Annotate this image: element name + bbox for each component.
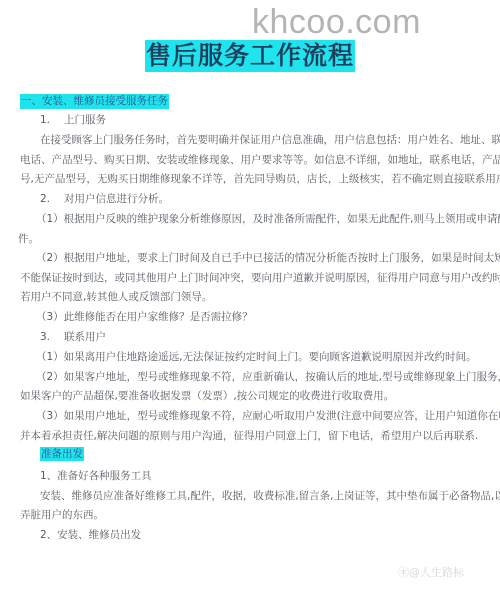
item-3-heading: 3.联系用户: [40, 330, 106, 344]
paragraph-line: （2）如果客户地址，型号或维修现象不符，应重新确认，按确认后的地址,型号或维修现…: [36, 370, 500, 384]
paragraph-line: 并本着承担责任,解决问题的原则与用户沟通，征得用户同意上门，留下电话，希望用户以…: [20, 429, 478, 443]
item-2-heading: 2.对用户信息进行分析。: [40, 192, 169, 206]
paragraph-line: 弄脏用户的东西。: [20, 508, 104, 522]
paragraph-line: （2）根据用户地址，要求上门时间及自已手中已接活的情况分析能否按时上门服务，如果…: [36, 251, 500, 265]
section-heading-1: 一、安装、维修员接受服务任务: [20, 94, 169, 109]
section-heading-2: 准备出发: [40, 447, 84, 461]
paragraph-line: （1）如果离用户住地路途遥远,无法保证按约定时间上门。要向顾客道歉说明原因并改约…: [36, 350, 477, 364]
paragraph-line: （3）此维修能否在用户家维修？是否需拉修？: [36, 310, 253, 324]
paragraph-line: 电话、产品型号、购买日期、安装或维修现象、用户要求等等。如信息不详细，如地址，联…: [20, 153, 500, 167]
paragraph-line: 安装、维修员应准备好维修工具,配件，收据，收费标准,留言条,上岗证等，其中垫布属…: [40, 489, 500, 503]
item-label: 上门服务: [64, 114, 106, 126]
paragraph-line: （3）如果用户地址，型号或维修现象不符，应耐心听取用户发泄(注意中间要应答，让用…: [36, 409, 500, 423]
item-heading: 2、安装、维修员出发: [40, 528, 141, 542]
watermark-top: khcoo.com: [252, 2, 421, 42]
item-heading: 1、准备好各种服务工具: [40, 469, 152, 483]
item-number: 3.: [40, 330, 64, 344]
item-label: 对用户信息进行分析。: [64, 193, 169, 205]
item-1-heading: 1.上门服务: [40, 113, 106, 127]
paragraph-line: 不能保证按时到达，或同其他用户上门时间冲突，要向用户道歉并说明原因，征得用户同意…: [20, 271, 500, 285]
item-label: 联系用户: [64, 331, 106, 343]
paragraph-line: 号,无产品型号，无购买日期维修现象不详等，首先同导购员，店长，上级核实，若不确定…: [20, 172, 500, 186]
section-heading-2-text: 准备出发: [40, 447, 84, 461]
paragraph-line: 若用户不同意,转其他人或反馈部门领导。: [20, 290, 212, 304]
watermark-bottom: ㊍@人生路标: [398, 566, 464, 580]
paragraph-line: 如果客户的产品超保,要准备收据发票（发票）,按公司规定的收费进行收取费用。: [20, 389, 394, 403]
paragraph-line: 在接受顾客上门服务任务时，首先要明确并保证用户信息准确，用户信息包括：用户姓名、…: [40, 133, 500, 147]
item-number: 1.: [40, 113, 64, 127]
page-title: 售后服务工作流程: [145, 40, 355, 72]
item-number: 2.: [40, 192, 64, 206]
paragraph-line: 件。: [18, 232, 39, 246]
title-container: 售后服务工作流程: [0, 40, 500, 72]
paragraph-line: （1）根据用户反映的维护现象分析维修原因，及时准备所需配件，如果无此配件,则马上…: [36, 212, 500, 226]
